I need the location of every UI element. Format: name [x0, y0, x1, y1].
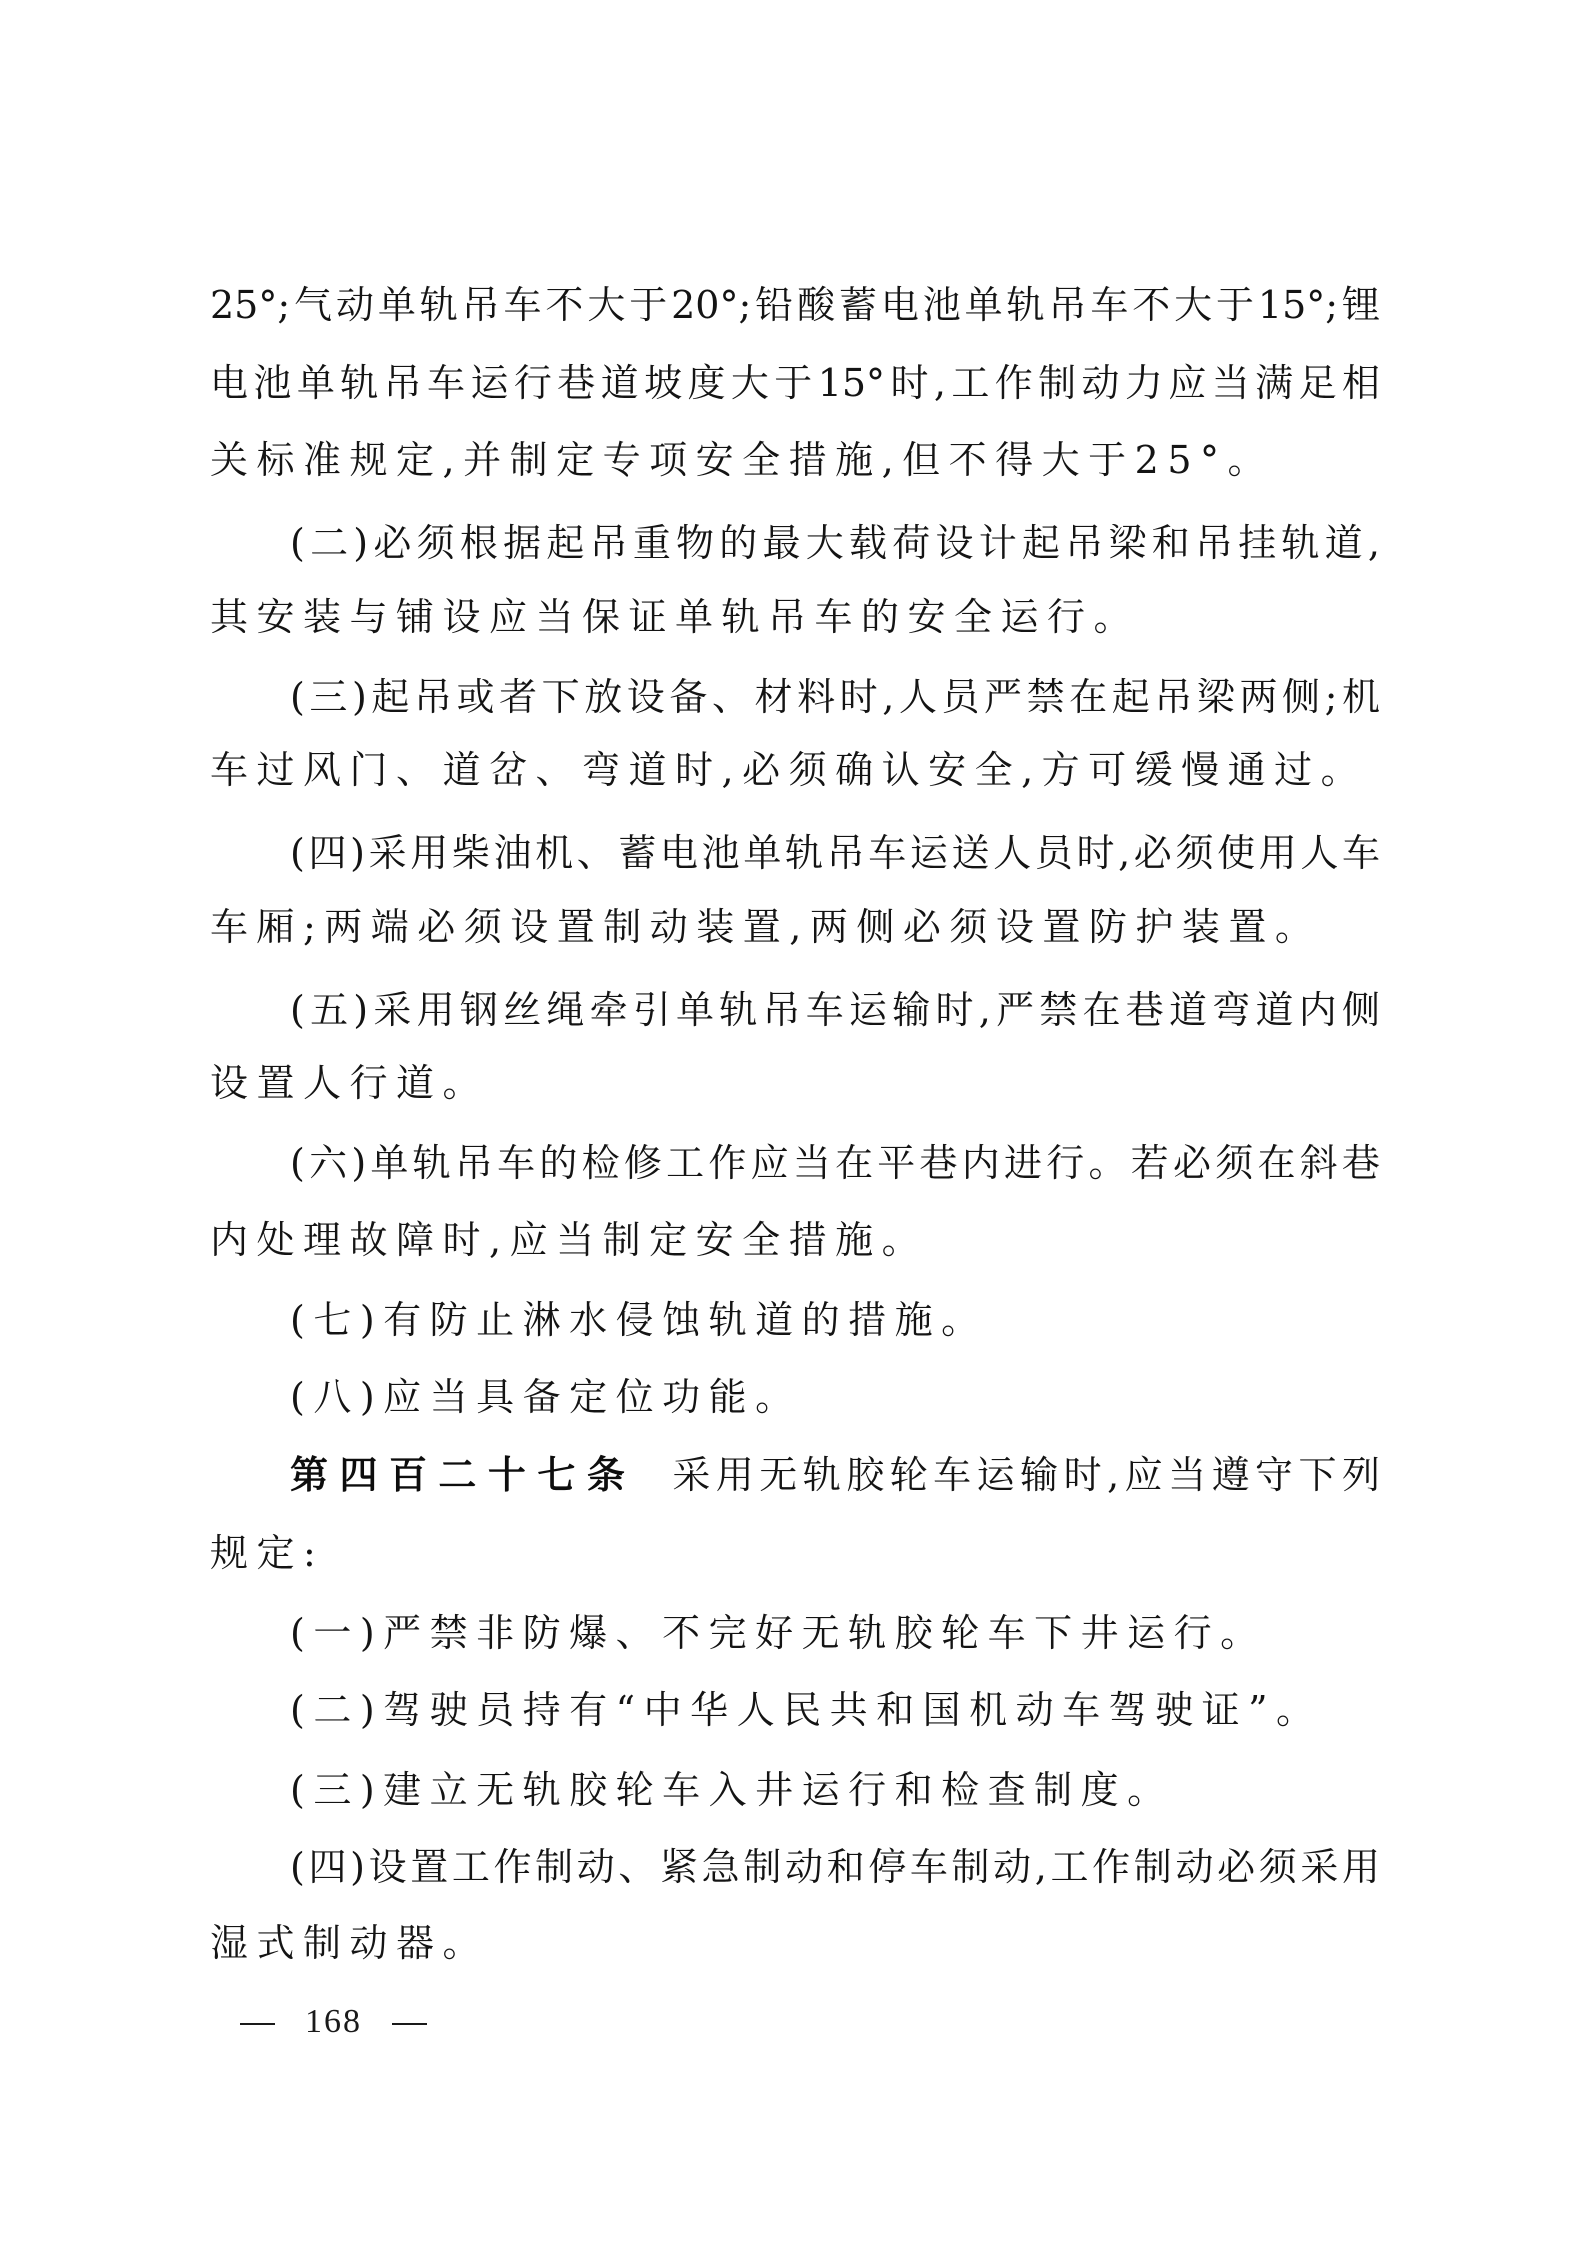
clause-6-line-1: (六)单轨吊车的检修工作应当在平巷内进行。若必须在斜巷 [290, 1138, 1380, 1188]
article-item-1: (一)严禁非防爆、不完好无轨胶轮车下井运行。 [290, 1608, 1380, 1658]
dash-left [240, 2023, 275, 2025]
body-line: 25°;气动单轨吊车不大于20°;铅酸蓄电池单轨吊车不大于15°;锂 [210, 280, 1380, 330]
article-item-3: (三)建立无轨胶轮车入井运行和检查制度。 [290, 1765, 1380, 1815]
body-line: 关标准规定,并制定专项安全措施,但不得大于25°。 [210, 435, 1380, 485]
page-number-value: 168 [275, 1997, 392, 2047]
clause-6-line-2: 内处理故障时,应当制定安全措施。 [210, 1215, 1380, 1265]
clause-5-line-1: (五)采用钢丝绳牵引单轨吊车运输时,严禁在巷道弯道内侧 [290, 985, 1380, 1035]
clause-3-line-1: (三)起吊或者下放设备、材料时,人员严禁在起吊梁两侧;机 [290, 672, 1380, 722]
article-item-2: (二)驾驶员持有“中华人民共和国机动车驾驶证”。 [290, 1685, 1380, 1735]
article-427-line-2: 规定: [210, 1528, 1380, 1578]
body-line: 电池单轨吊车运行巷道坡度大于15°时,工作制动力应当满足相 [210, 358, 1380, 408]
page-number: 168 [240, 1997, 427, 2047]
clause-2-line-2: 其安装与铺设应当保证单轨吊车的安全运行。 [210, 592, 1380, 642]
document-page: 25°;气动单轨吊车不大于20°;铅酸蓄电池单轨吊车不大于15°;锂 电池单轨吊… [0, 0, 1587, 2245]
clause-7-line: (七)有防止淋水侵蚀轨道的措施。 [290, 1295, 1380, 1345]
clause-5-line-2: 设置人行道。 [210, 1058, 1380, 1108]
article-item-4-line-1: (四)设置工作制动、紧急制动和停车制动,工作制动必须采用 [290, 1842, 1380, 1892]
article-heading: 第四百二十七条 [290, 1453, 636, 1497]
article-427-line-1: 第四百二十七条采用无轨胶轮车运输时,应当遵守下列 [290, 1450, 1380, 1500]
clause-4-line-2: 车厢;两端必须设置制动装置,两侧必须设置防护装置。 [210, 902, 1380, 952]
clause-3-line-2: 车过风门、道岔、弯道时,必须确认安全,方可缓慢通过。 [210, 745, 1380, 795]
dash-right [392, 2023, 427, 2025]
clause-4-line-1: (四)采用柴油机、蓄电池单轨吊车运送人员时,必须使用人车 [290, 828, 1380, 878]
article-item-4-line-2: 湿式制动器。 [210, 1918, 1380, 1968]
article-intro: 采用无轨胶轮车运输时,应当遵守下列 [672, 1453, 1380, 1497]
clause-8-line: (八)应当具备定位功能。 [290, 1372, 1380, 1422]
clause-2-line-1: (二)必须根据起吊重物的最大载荷设计起吊梁和吊挂轨道, [290, 518, 1380, 568]
